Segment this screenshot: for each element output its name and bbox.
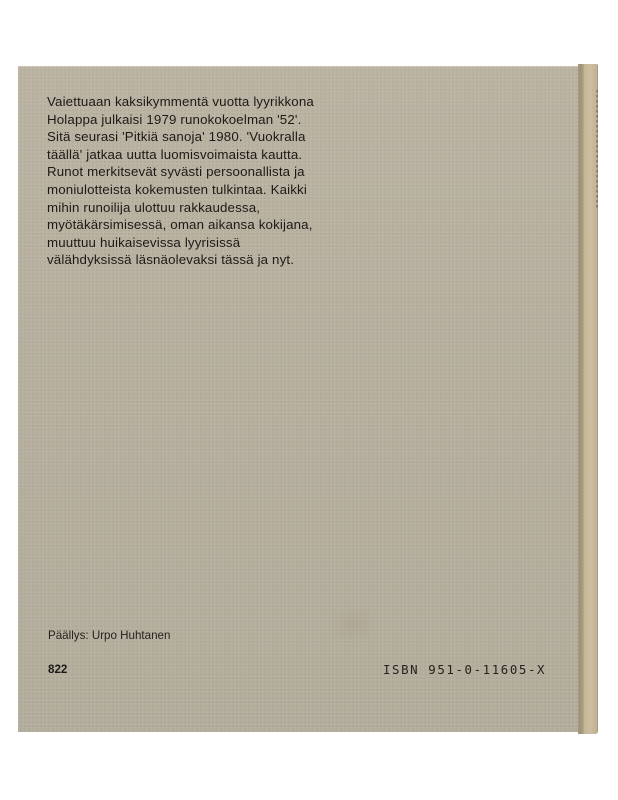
- spine-edge-print: [596, 90, 598, 210]
- blurb-text: Vaiettuaan kaksikymmentä vuotta lyyrikko…: [47, 93, 377, 269]
- blurb-line: Runot merkitsevät syvästi persoonallista…: [47, 163, 377, 181]
- blurb-line: Sitä seurasi 'Pitkiä sanoja' 1980. 'Vuok…: [47, 128, 377, 146]
- isbn-number: ISBN 951-0-11605-X: [383, 662, 546, 677]
- blurb-line: moniulotteista kokemusten tulkintaa. Kai…: [47, 181, 377, 199]
- blurb-line: Vaiettuaan kaksikymmentä vuotta lyyrikko…: [47, 93, 377, 111]
- blurb-line: täällä' jatkaa uutta luomisvoimaista kau…: [47, 146, 377, 164]
- catalog-number: 822: [48, 663, 67, 676]
- blurb-line: Holappa julkaisi 1979 runokokoelman '52'…: [47, 111, 377, 129]
- cover-credit: Päällys: Urpo Huhtanen: [48, 629, 170, 642]
- blurb-line: mihin runoilija ulottuu rakkaudessa,: [47, 199, 377, 217]
- blurb-line: välähdyksissä läsnäolevaksi tässä ja nyt…: [47, 251, 377, 269]
- blurb-line: muuttuu huikaisevissa lyyrisissä: [47, 234, 377, 252]
- blurb-line: myötäkärsimisessä, oman aikansa kokijana…: [47, 216, 377, 234]
